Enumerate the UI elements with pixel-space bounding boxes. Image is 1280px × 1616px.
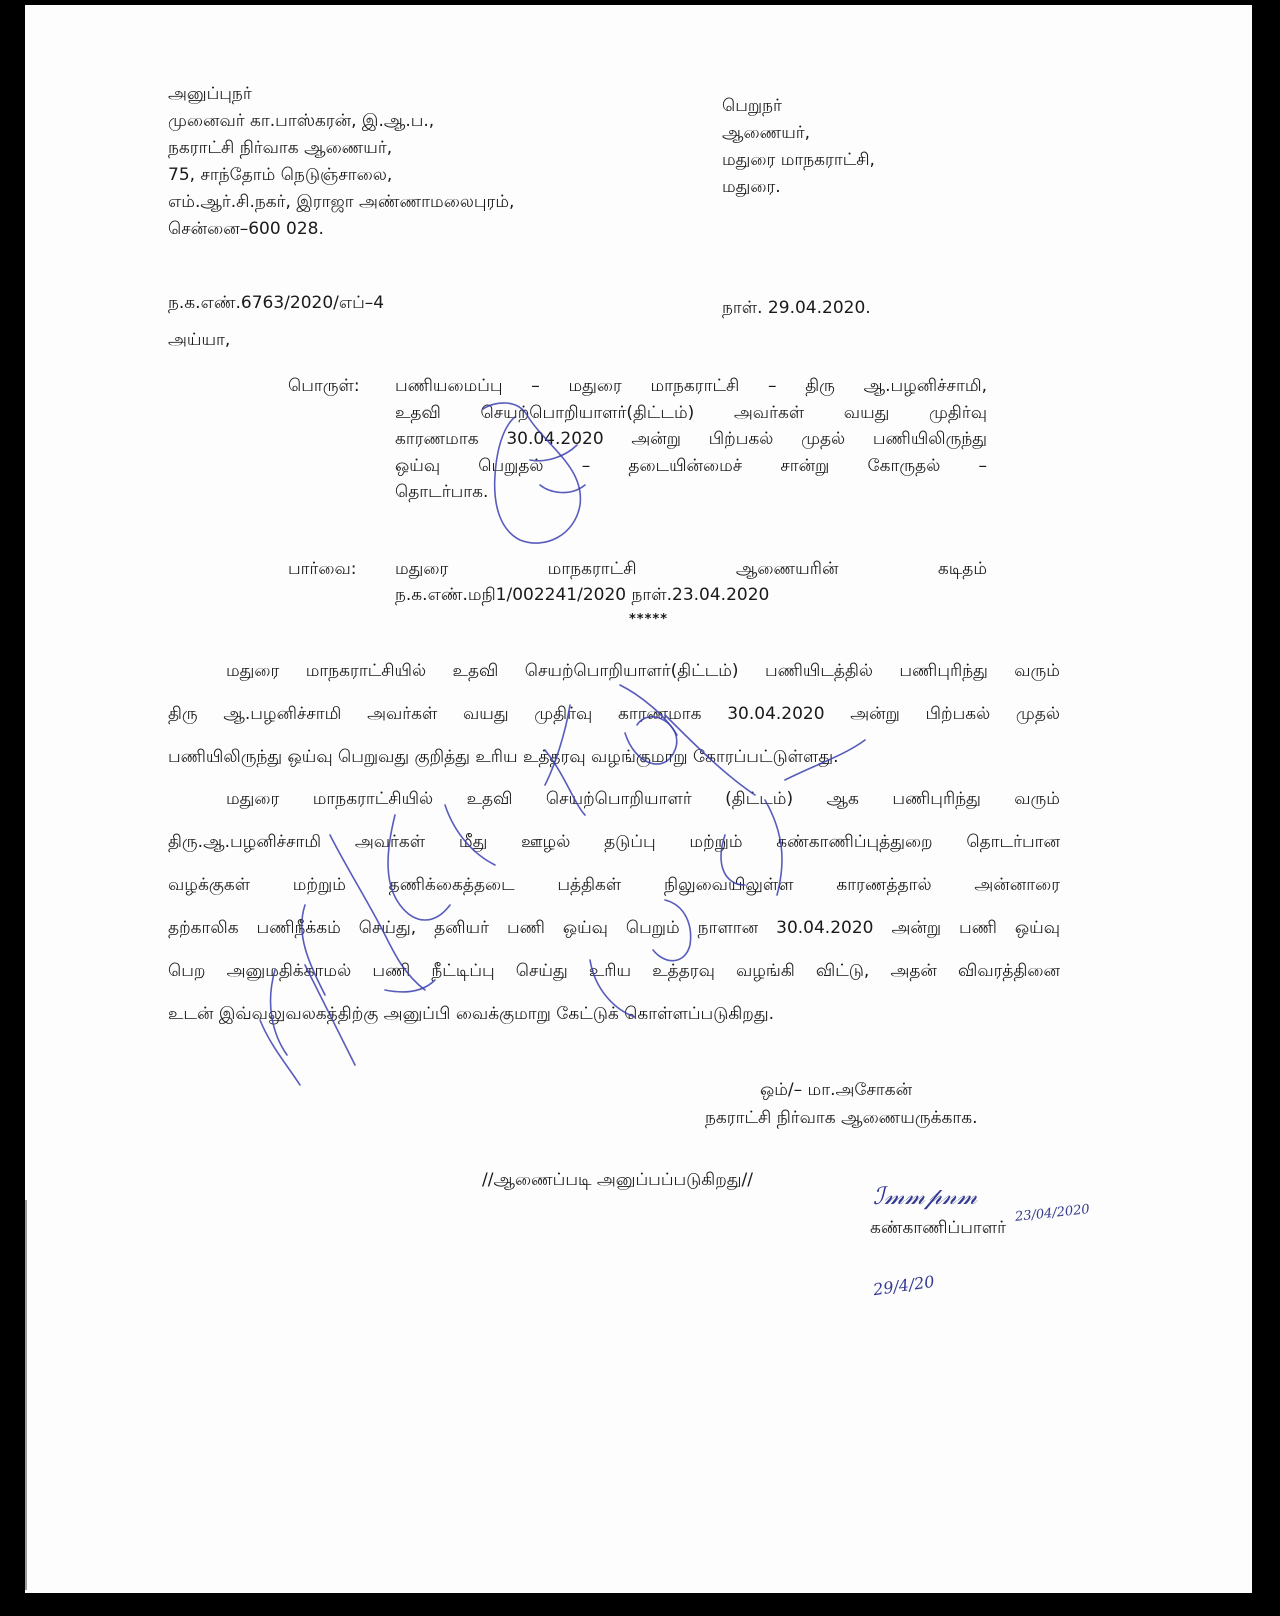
page-edge-line	[25, 1200, 27, 1590]
body-paragraph-1: மதுரை மாநகராட்சியில் உதவி செயற்பொறியாளர்…	[168, 650, 1060, 779]
subject-line: காரணமாக 30.04.2020 அன்று பிற்பகல் முதல் …	[395, 426, 987, 453]
reference-number: ந.க.எண்.6763/2020/எப்–4	[168, 290, 384, 316]
paragraph-line: மதுரை மாநகராட்சியில் உதவி செயற்பொறியாளர்…	[168, 778, 1060, 821]
sender-line: எம்.ஆர்.சி.நகர், இராஜா அண்ணாமலைபுரம்,	[168, 189, 514, 216]
letter-date: நாள். 29.04.2020.	[722, 295, 871, 321]
reference-label: பார்வை:	[288, 556, 357, 582]
forwarding-note: //ஆணைப்படி அனுப்பப்படுகிறது//	[482, 1167, 753, 1193]
paragraph-line: தற்காலிக பணிநீக்கம் செய்து, தனியர் பணி ஒ…	[168, 907, 1060, 950]
reference-line: மதுரை மாநகராட்சி ஆணையரின் கடிதம்	[395, 556, 987, 582]
body-paragraph-2: மதுரை மாநகராட்சியில் உதவி செயற்பொறியாளர்…	[168, 778, 1060, 1036]
sender-line: நகராட்சி நிர்வாக ஆணையர்,	[168, 135, 514, 162]
sender-line: முனைவர் கா.பாஸ்கரன், இ.ஆ.ப.,	[168, 108, 514, 135]
handwritten-signature: ℐ𝓂𝓂𝓅𝓃𝓂	[873, 1183, 977, 1209]
recipient-line: மதுரை மாநகராட்சி,	[722, 147, 875, 174]
subject-text: பணியமைப்பு – மதுரை மாநகராட்சி – திரு ஆ.ப…	[395, 373, 987, 506]
paragraph-line: பெற அனுமதிக்காமல் பணி நீட்டிப்பு செய்து …	[168, 950, 1060, 993]
recipient-line: ஆணையர்,	[722, 120, 875, 147]
sender-heading: அனுப்புநர்	[168, 81, 514, 108]
paragraph-line: பணியிலிருந்து ஒய்வு பெறுவது குறித்து உரி…	[168, 736, 1060, 779]
sender-line: சென்னை–600 028.	[168, 216, 514, 243]
subject-line: ஒய்வு பெறுதல் – தடையின்மைச் சான்று கோருத…	[395, 453, 987, 480]
separator-stars: *****	[629, 607, 668, 633]
subject-line: பணியமைப்பு – மதுரை மாநகராட்சி – திரு ஆ.ப…	[395, 373, 987, 400]
sender-block: அனுப்புநர் முனைவர் கா.பாஸ்கரன், இ.ஆ.ப., …	[168, 81, 514, 243]
subject-line: தொடர்பாக.	[395, 479, 987, 506]
paragraph-line: திரு.ஆ.பழனிச்சாமி அவர்கள் மீது ஊழல் தடுப…	[168, 821, 1060, 864]
letter-page: அனுப்புநர் முனைவர் கா.பாஸ்கரன், இ.ஆ.ப., …	[25, 5, 1252, 1593]
reference-line: ந.க.எண்.மநி1/002241/2020 நாள்.23.04.2020	[395, 582, 987, 608]
signed-by: ஒம்/– மா.அசோகன்	[760, 1077, 912, 1103]
paragraph-line: உடன் இவ்வலுவலகத்திற்கு அனுப்பி வைக்குமாற…	[168, 993, 1060, 1036]
subject-label: பொருள்:	[288, 373, 360, 399]
recipient-heading: பெறுநர்	[722, 93, 875, 120]
signatory-designation: நகராட்சி நிர்வாக ஆணையருக்காக.	[705, 1105, 978, 1131]
recipient-line: மதுரை.	[722, 174, 875, 201]
recipient-block: பெறுநர் ஆணையர், மதுரை மாநகராட்சி, மதுரை.	[722, 93, 875, 201]
initials-date: 29/4/20	[871, 1269, 936, 1303]
reference-text: மதுரை மாநகராட்சி ஆணையரின் கடிதம் ந.க.எண்…	[395, 556, 987, 608]
paragraph-line: திரு ஆ.பழனிச்சாமி அவர்கள் வயது முதிர்வு …	[168, 693, 1060, 736]
salutation: அய்யா,	[168, 327, 230, 353]
superintendent-title: கண்காணிப்பாளர்	[870, 1215, 1006, 1241]
sender-line: 75, சாந்தோம் நெடுஞ்சாலை,	[168, 162, 514, 189]
subject-line: உதவி செயற்பொறியாளர்(திட்டம்) அவர்கள் வயத…	[395, 400, 987, 427]
paragraph-line: மதுரை மாநகராட்சியில் உதவி செயற்பொறியாளர்…	[168, 650, 1060, 693]
paragraph-line: வழக்குகள் மற்றும் தணிக்கைத்தடை பத்திகள் …	[168, 864, 1060, 907]
handwritten-date: 23/04/2020	[1014, 1197, 1091, 1231]
